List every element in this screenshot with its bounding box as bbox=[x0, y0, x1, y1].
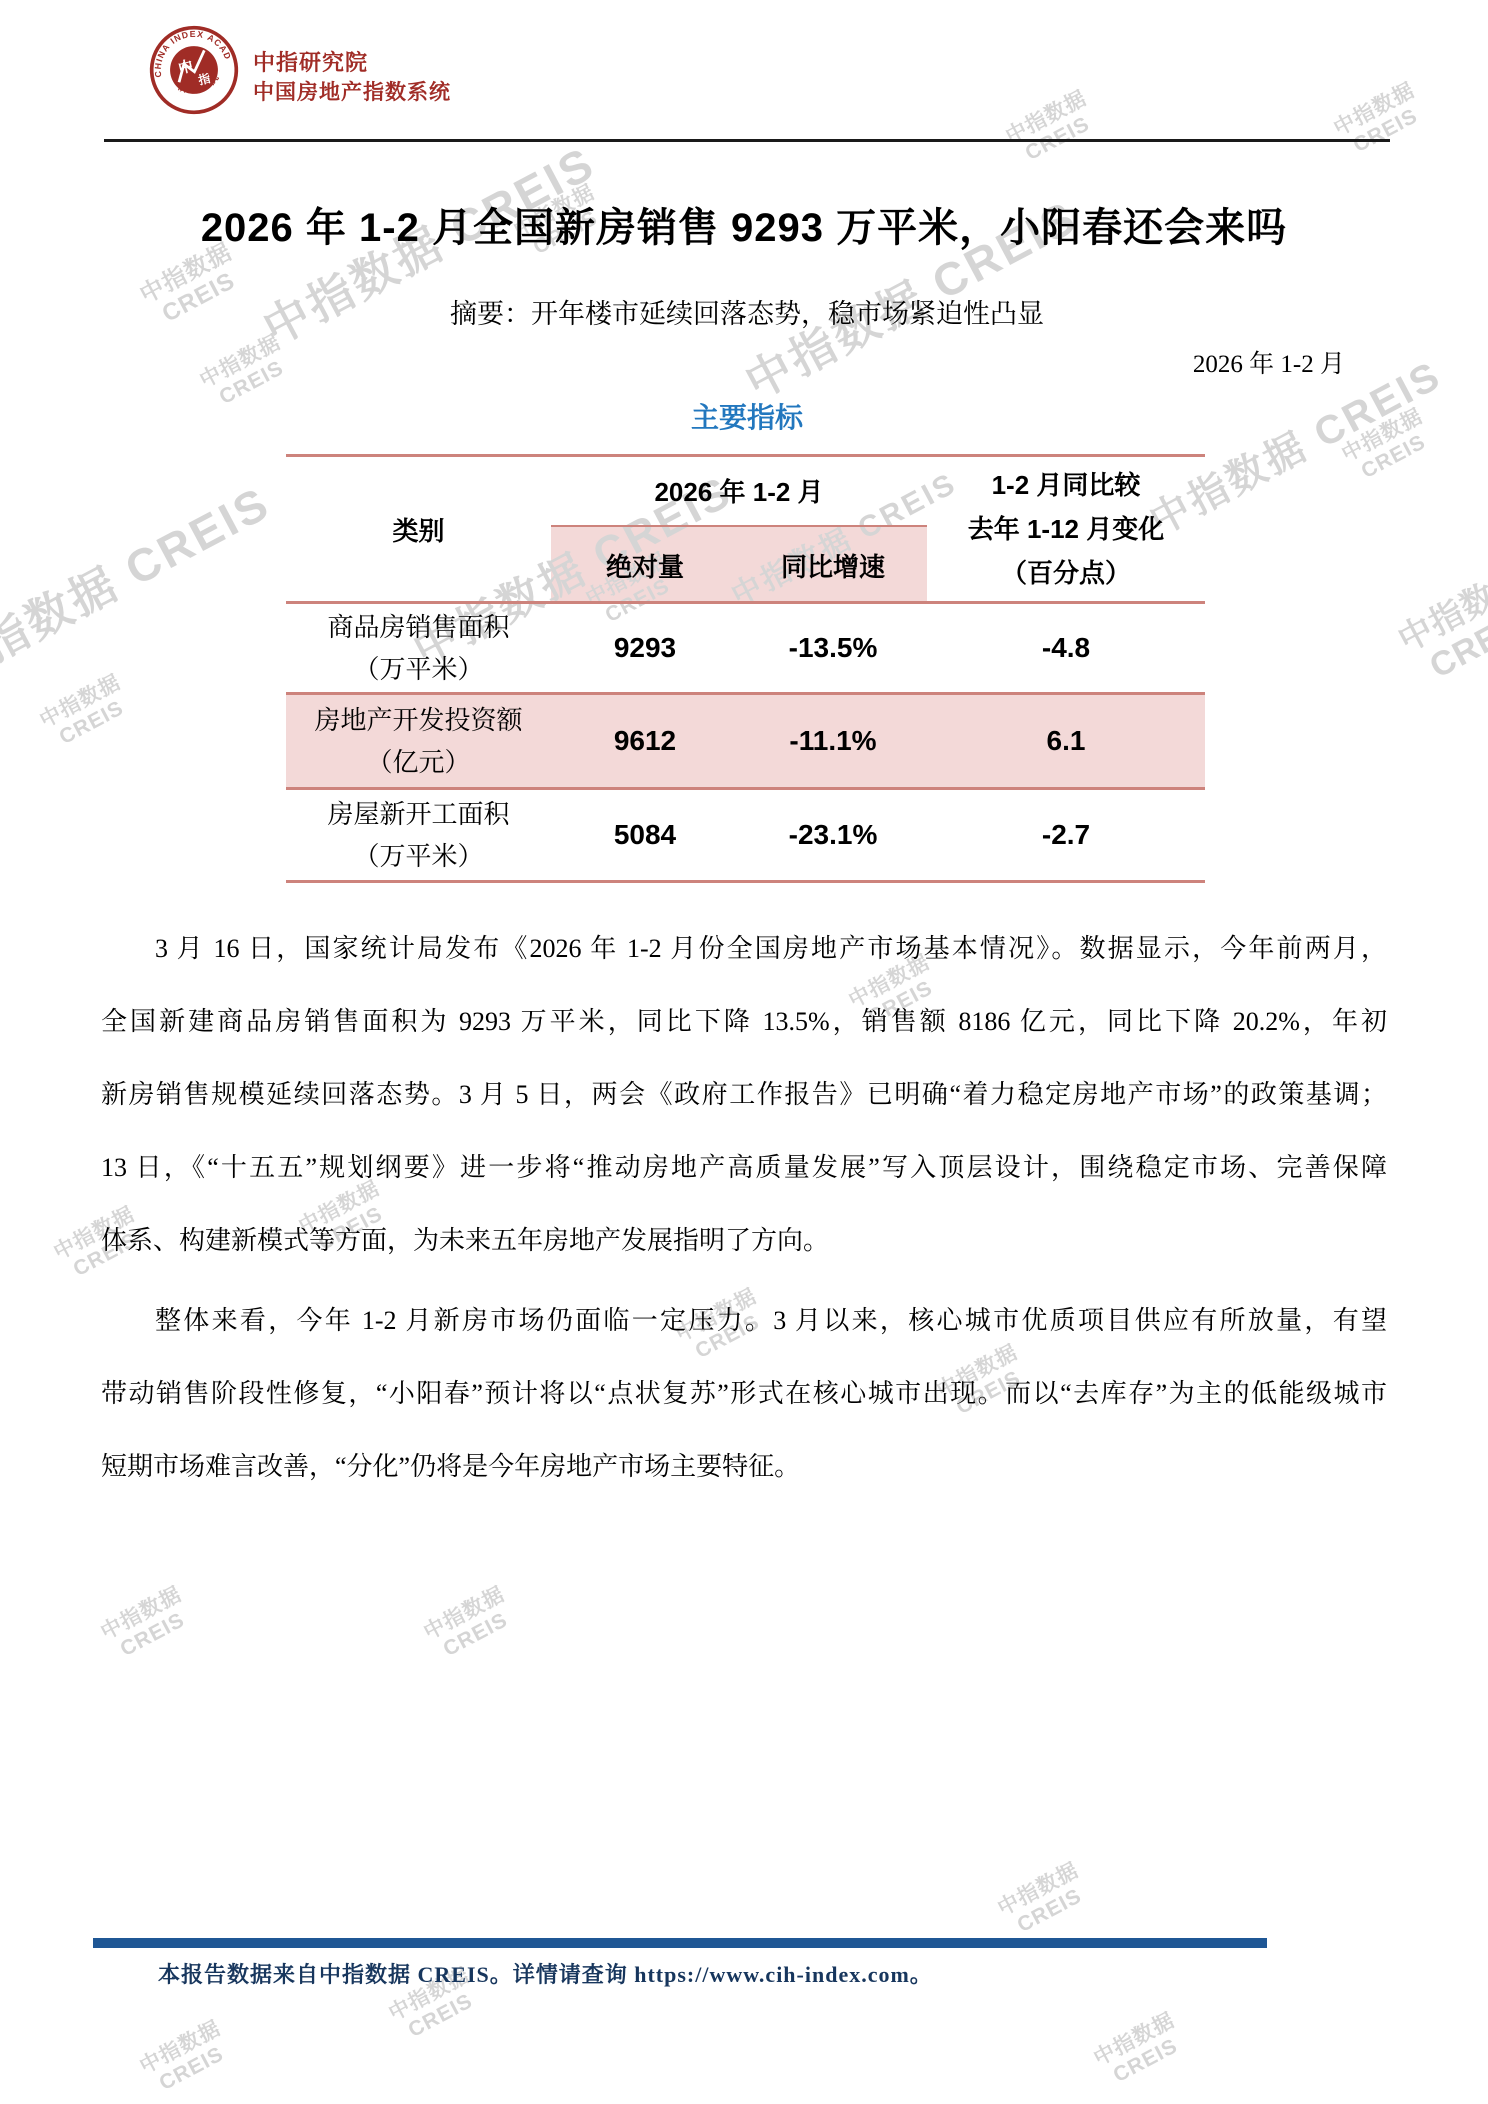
table-header-change-line2: 去年 1-12 月变化 bbox=[968, 507, 1165, 551]
row-change-value: 6.1 bbox=[927, 695, 1205, 787]
table-header-yoy: 同比增速 bbox=[739, 527, 927, 603]
row-label-line1: 房地产开发投资额 bbox=[314, 699, 522, 741]
watermark: 中指数据CREIS bbox=[994, 1859, 1094, 1942]
seal-icon: CHINA INDEX ACADEMY 研 究 院 中 指 bbox=[138, 14, 250, 126]
org-name: 中指研究院 bbox=[253, 46, 368, 77]
paragraph-line: 3 月 16 日，国家统计局发布《2026 年 1-2 月份全国房地产市场基本情… bbox=[101, 912, 1387, 985]
table-header-change-line3: （百分点） bbox=[1001, 551, 1131, 595]
watermark: 中指数据CREIS bbox=[136, 2017, 236, 2100]
paragraph-line: 全国新建商品房销售面积为 9293 万平米，同比下降 13.5%，销售额 818… bbox=[101, 985, 1387, 1058]
row-yoy-value: -23.1% bbox=[739, 790, 927, 880]
footer-bar bbox=[93, 1938, 1267, 1948]
table-row: 商品房销售面积 （万平米） 9293 -13.5% -4.8 bbox=[286, 604, 1205, 692]
row-label-line1: 商品房销售面积 bbox=[327, 606, 509, 648]
system-name: 中国房地产指数系统 bbox=[253, 76, 451, 106]
watermark: 中指数据CREIS bbox=[1392, 560, 1488, 693]
row-label-line1: 房屋新开工面积 bbox=[327, 793, 509, 835]
indicators-table: 类别 2026 年 1-2 月 绝对量 同比增速 1-2 月同比较 去年 1-1… bbox=[286, 454, 1205, 883]
footer-note: 本报告数据来自中指数据 CREIS。详情请查询 https://www.cih-… bbox=[158, 1958, 933, 1989]
row-absolute-value: 9293 bbox=[551, 604, 739, 692]
row-yoy-value: -13.5% bbox=[739, 604, 927, 692]
watermark: 中指数据CREIS bbox=[1090, 2009, 1190, 2092]
watermark: 中指数据CREIS bbox=[1330, 79, 1430, 162]
row-absolute-value: 5084 bbox=[551, 790, 739, 880]
table-title: 主要指标 bbox=[104, 396, 1390, 436]
row-absolute-value: 9612 bbox=[551, 695, 739, 787]
table-header-period: 2026 年 1-2 月 bbox=[551, 457, 927, 523]
row-label: 房屋新开工面积 （万平米） bbox=[286, 790, 551, 880]
paragraph-line: 带动销售阶段性修复，“小阳春”预计将以“点状复苏”形式在核心城市出现。而以“去库… bbox=[101, 1357, 1387, 1430]
paragraph-line: 新房销售规模延续回落态势。3 月 5 日，两会《政府工作报告》已明确“着力稳定房… bbox=[101, 1058, 1387, 1131]
watermark: 中指数据CREIS bbox=[36, 671, 136, 754]
watermark: 中指数据CREIS bbox=[420, 1583, 520, 1666]
paragraph-line: 短期市场难言改善，“分化”仍将是今年房地产市场主要特征。 bbox=[101, 1430, 1387, 1503]
row-label: 房地产开发投资额 （亿元） bbox=[286, 695, 551, 787]
table-header-change: 1-2 月同比较 去年 1-12 月变化 （百分点） bbox=[927, 457, 1205, 601]
header-divider bbox=[104, 139, 1390, 142]
row-label-line2: （亿元） bbox=[366, 741, 470, 783]
table-subheader: 绝对量 同比增速 bbox=[551, 525, 927, 603]
document-page: CHINA INDEX ACADEMY 研 究 院 中 指 中指研究院 中国房地… bbox=[0, 0, 1488, 2104]
company-seal-logo: CHINA INDEX ACADEMY 研 究 院 中 指 bbox=[148, 24, 240, 116]
body-paragraph-1: 3 月 16 日，国家统计局发布《2026 年 1-2 月份全国房地产市场基本情… bbox=[101, 912, 1387, 1277]
watermark: 中指数据CREIS bbox=[97, 1583, 197, 1666]
row-yoy-value: -11.1% bbox=[739, 695, 927, 787]
watermark: 中指数据 CREIS bbox=[0, 468, 280, 699]
report-date: 2026 年 1-2 月 bbox=[1193, 344, 1345, 380]
abstract-line: 摘要：开年楼市延续回落态势，稳市场紧迫性凸显 bbox=[104, 292, 1390, 331]
row-label-line2: （万平米） bbox=[353, 648, 483, 690]
table-border-bottom bbox=[286, 880, 1205, 883]
paragraph-line: 13 日，《“十五五”规划纲要》进一步将“推动房地产高质量发展”写入顶层设计，围… bbox=[101, 1131, 1387, 1204]
page-title: 2026 年 1-2 月全国新房销售 9293 万平米，小阳春还会来吗 bbox=[60, 196, 1428, 253]
paragraph-line: 整体来看，今年 1-2 月新房市场仍面临一定压力。3 月以来，核心城市优质项目供… bbox=[101, 1284, 1387, 1357]
paragraph-line: 体系、构建新模式等方面，为未来五年房地产发展指明了方向。 bbox=[101, 1204, 1387, 1277]
body-paragraph-2: 整体来看，今年 1-2 月新房市场仍面临一定压力。3 月以来，核心城市优质项目供… bbox=[101, 1284, 1387, 1503]
watermark: 中指数据CREIS bbox=[1002, 87, 1102, 170]
table-header-category: 类别 bbox=[286, 457, 551, 601]
table-header-absolute: 绝对量 bbox=[551, 527, 739, 603]
row-change-value: -2.7 bbox=[927, 790, 1205, 880]
row-label-line2: （万平米） bbox=[353, 835, 483, 877]
table-header-change-line1: 1-2 月同比较 bbox=[992, 463, 1141, 507]
table-row: 房地产开发投资额 （亿元） 9612 -11.1% 6.1 bbox=[286, 695, 1205, 787]
table-row: 房屋新开工面积 （万平米） 5084 -23.1% -2.7 bbox=[286, 790, 1205, 880]
row-change-value: -4.8 bbox=[927, 604, 1205, 692]
row-label: 商品房销售面积 （万平米） bbox=[286, 604, 551, 692]
